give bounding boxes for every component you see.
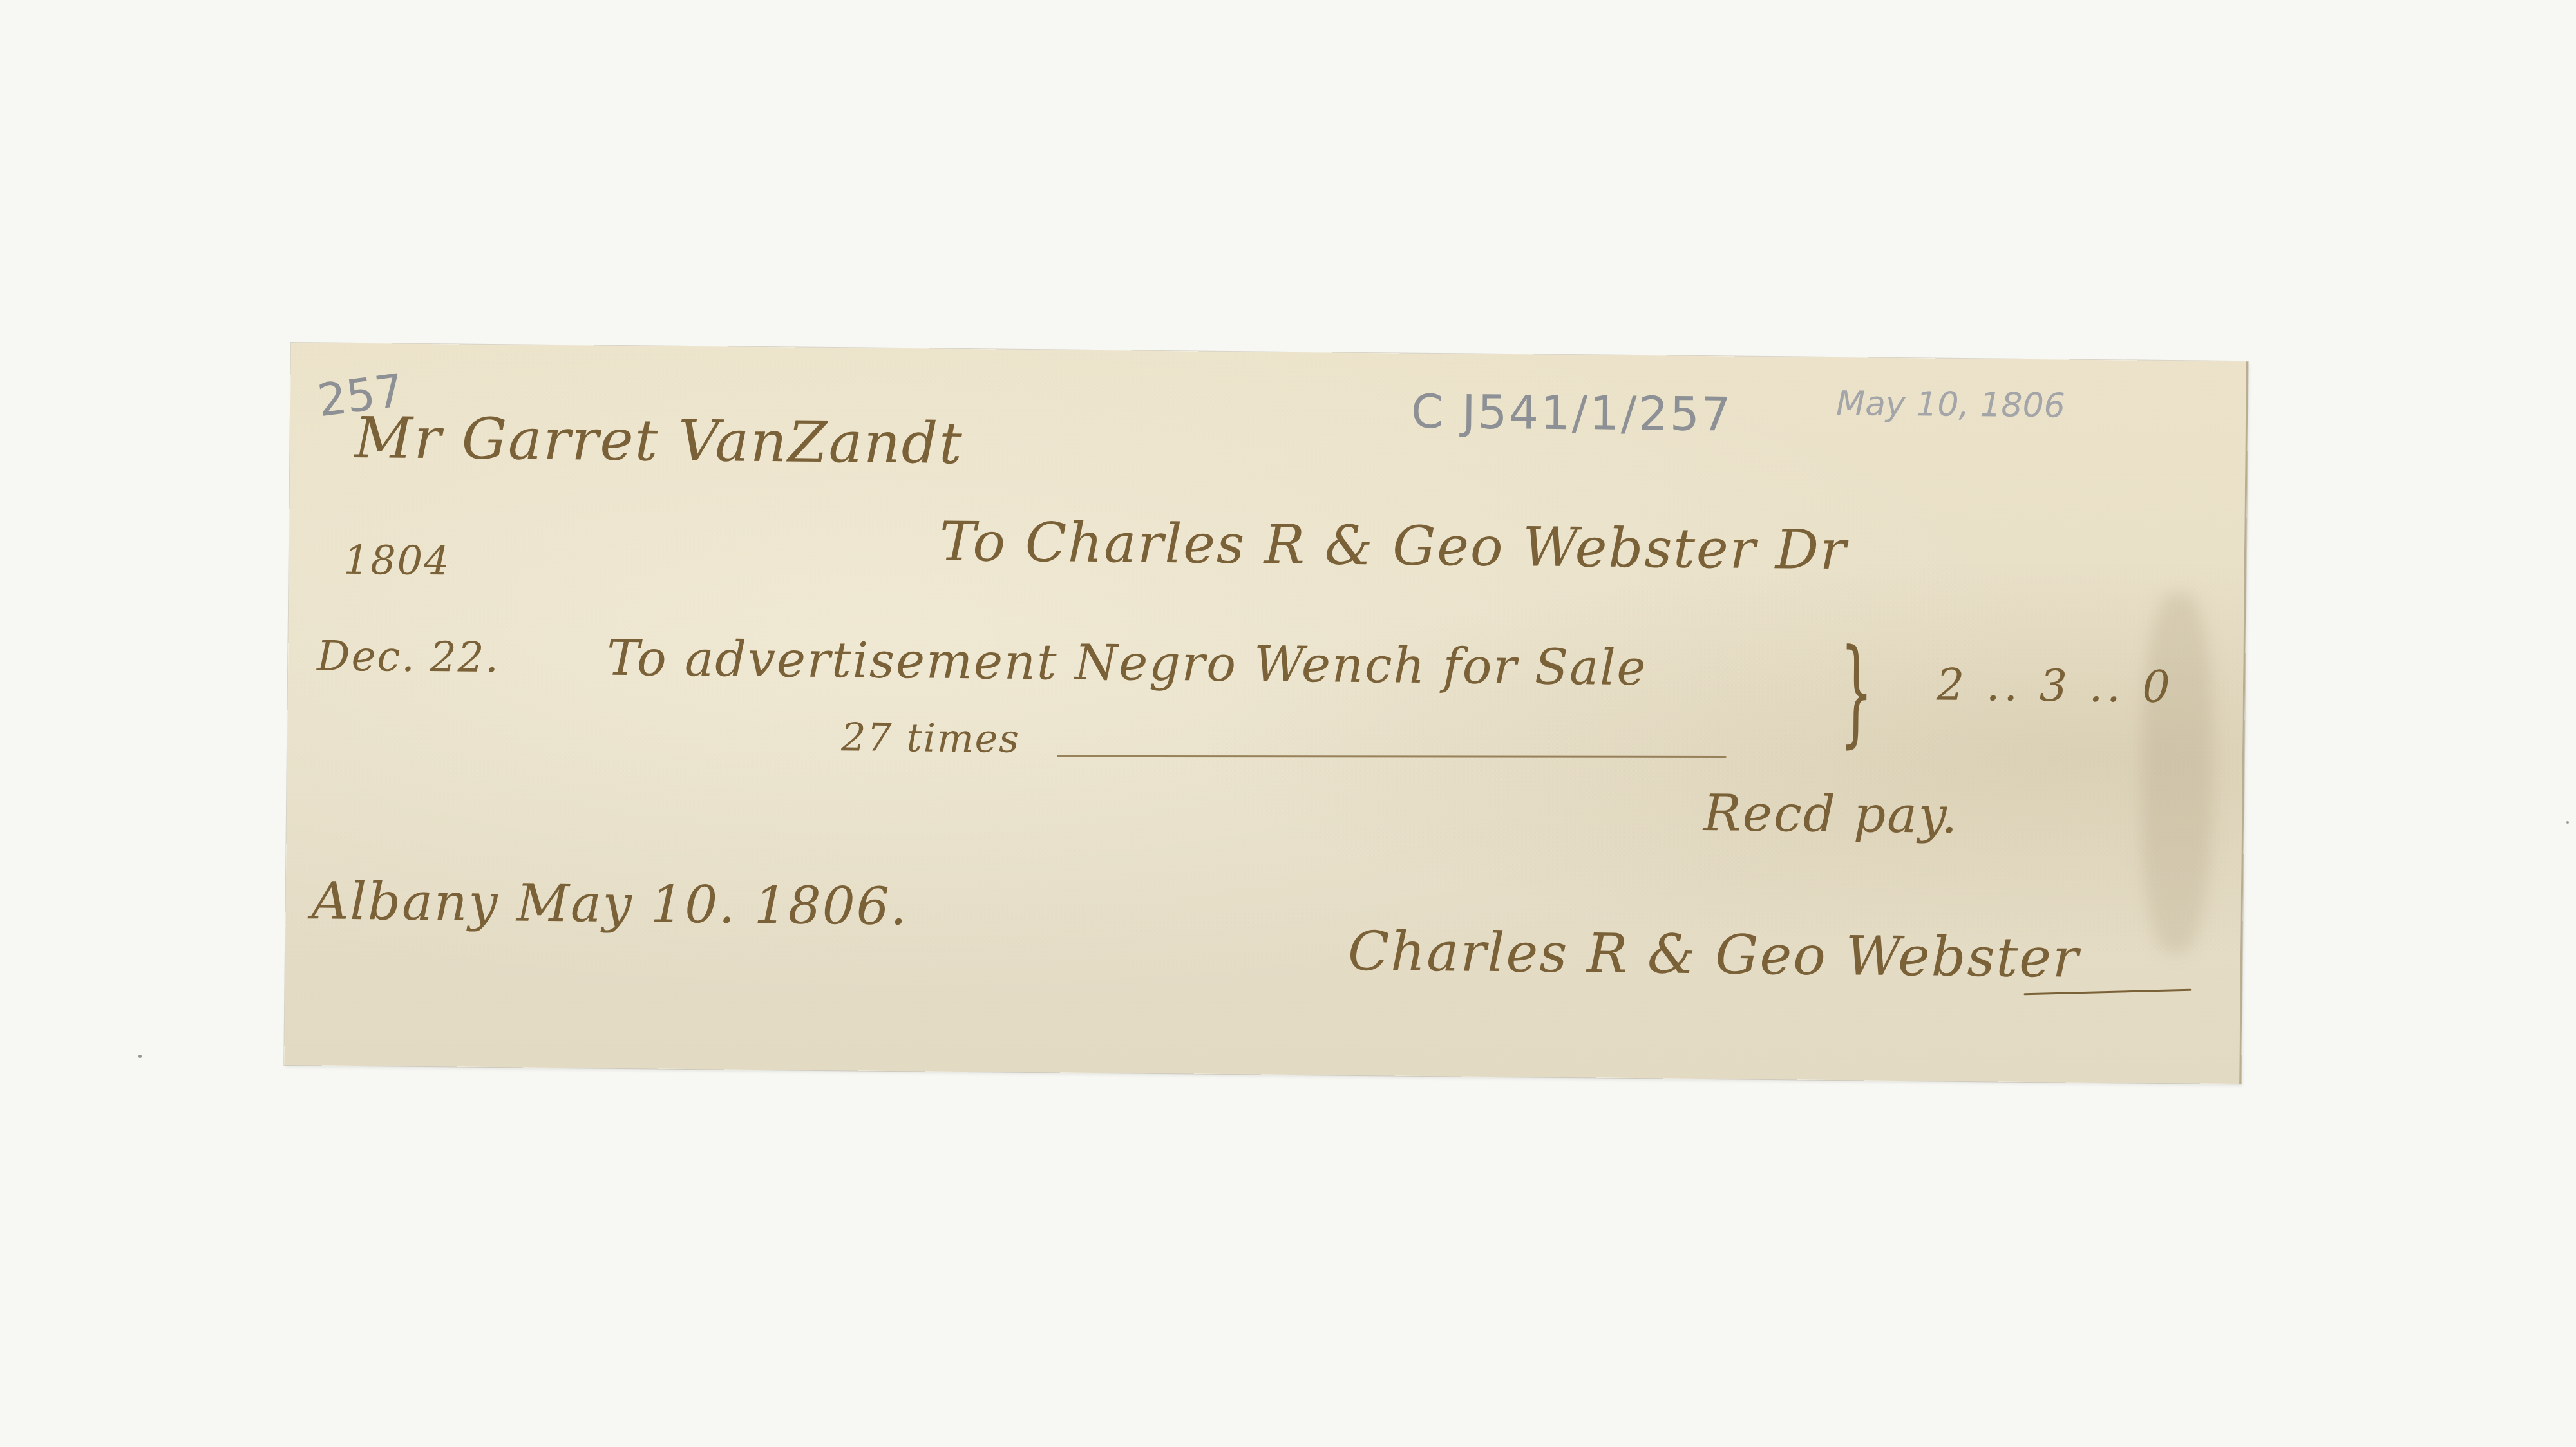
entry-description: To advertisement Negro Wench for Sale bbox=[607, 629, 1647, 697]
entry-detail: 27 times bbox=[841, 715, 1021, 762]
pencil-call-number: C J541/1/257 bbox=[1411, 384, 1733, 442]
entry-rule-line bbox=[1057, 755, 1727, 758]
paper-stain bbox=[2140, 592, 2214, 954]
signature: Charles R & Geo Webster bbox=[1348, 920, 2080, 990]
year: 1804 bbox=[343, 536, 450, 585]
entry-amount: 2 .. 3 .. 0 bbox=[1937, 660, 2174, 714]
addressee: Mr Garret VanZandt bbox=[354, 404, 963, 477]
receipt-note: Recd pay. bbox=[1703, 784, 1959, 845]
place-date: Albany May 10. 1806. bbox=[311, 871, 908, 936]
signature-flourish bbox=[2023, 989, 2191, 996]
receipt-paper: 257 C J541/1/257 May 10, 1806 Mr Garret … bbox=[284, 343, 2248, 1084]
creditor-line: To Charles R & Geo Webster Dr bbox=[940, 510, 1848, 582]
entry-date: Dec. 22. bbox=[317, 632, 500, 682]
dust-speck bbox=[2566, 821, 2569, 824]
brace-symbol: } bbox=[1839, 634, 1873, 750]
pencil-date: May 10, 1806 bbox=[1836, 384, 2065, 425]
dust-speck bbox=[138, 1055, 142, 1058]
